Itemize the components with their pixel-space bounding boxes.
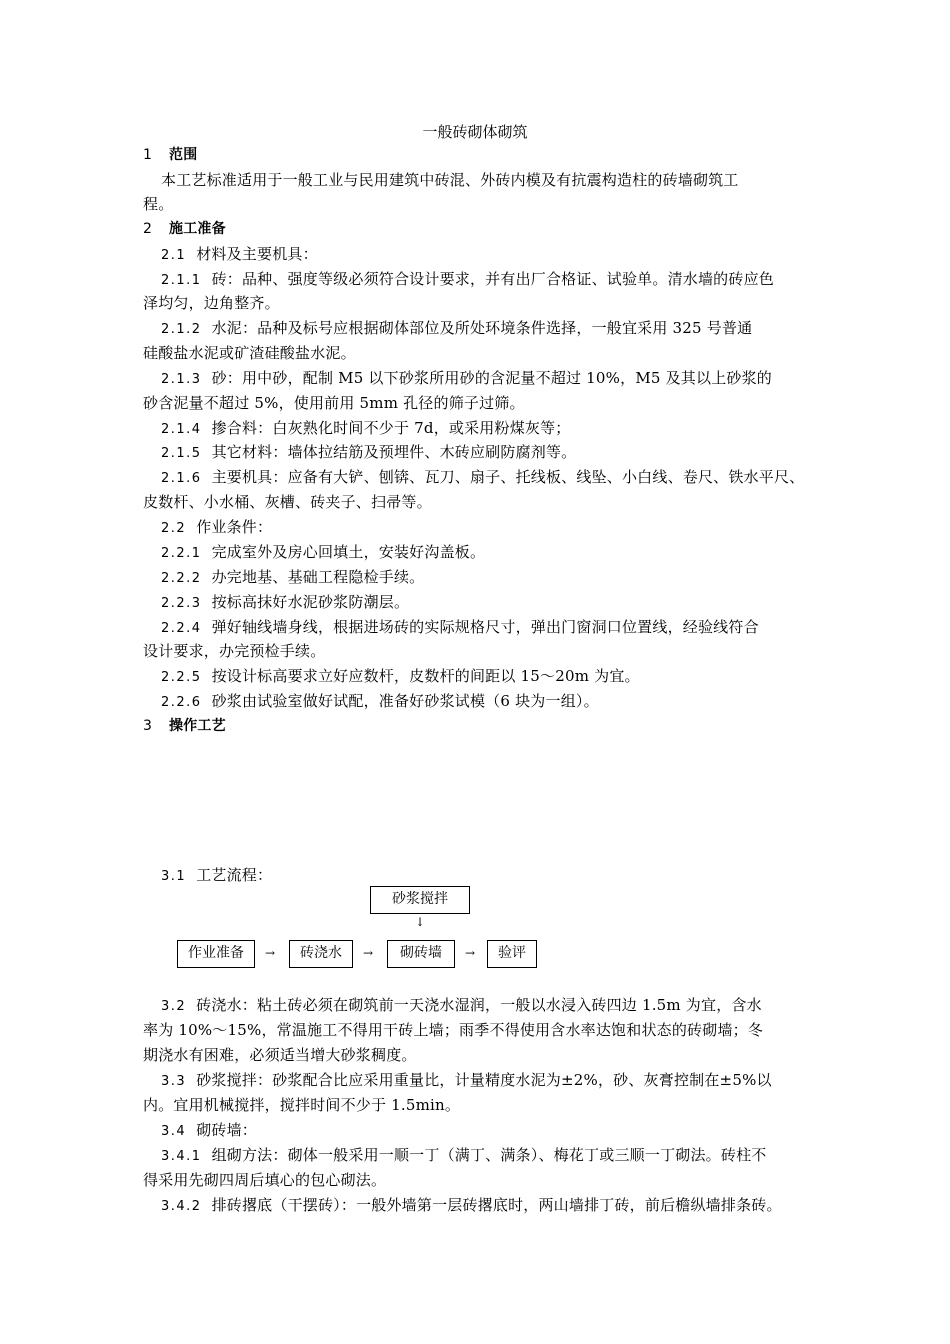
arrow-right-icon: → <box>465 947 475 959</box>
item-2-2-6: 2.2.6砂浆由试验室做好试配，准备好砂浆试模（6 块为一组）。 <box>143 692 841 712</box>
item-2-1-1: 2.1.1砖：品种、强度等级必须符合设计要求，并有出厂合格证、试验单。清水墙的砖… <box>143 270 841 290</box>
flow-box-lay-wall: 砌砖墙 <box>387 940 455 968</box>
paragraph: 期浇水有困难，必须适当增大砂浆稠度。 <box>143 1046 823 1064</box>
arrow-right-icon: → <box>265 947 275 959</box>
item-3-2: 3.2砖浇水：粘土砖必须在砌筑前一天浇水湿润，一般以水浸入砖四边 1.5m 为宜… <box>143 996 841 1016</box>
item-2-1-5: 2.1.5其它材料：墙体拉结筋及预埋件、木砖应刷防腐剂等。 <box>143 443 841 463</box>
item-2-2-1: 2.2.1完成室外及房心回填土，安装好沟盖板。 <box>143 543 841 563</box>
item-3-3: 3.3砂浆搅拌：砂浆配合比应采用重量比，计量精度水泥为±2%，砂、灰膏控制在±5… <box>143 1071 841 1091</box>
item-2-2-3: 2.2.3按标高抹好水泥砂浆防潮层。 <box>143 593 841 613</box>
item-2-2-4: 2.2.4弹好轴线墙身线，根据进场砖的实际规格尺寸，弹出门窗洞口位置线，经验线符… <box>143 618 841 638</box>
item-3-4-2: 3.4.2排砖撂底（干摆砖）：一般外墙第一层砖撂底时，两山墙排丁砖，前后檐纵墙排… <box>143 1196 841 1216</box>
paragraph: 砂含泥量不超过 5%，使用前用 5mm 孔径的筛子过筛。 <box>143 394 823 412</box>
item-2-1-2: 2.1.2水泥：品种及标号应根据砌体部位及所处环境条件选择，一般宜采用 325 … <box>143 319 841 339</box>
paragraph: 设计要求，办完预检手续。 <box>143 642 823 660</box>
section-heading-1: 1范围 <box>143 146 823 164</box>
paragraph: 泽均匀，边角整齐。 <box>143 294 823 312</box>
paragraph: 硅酸盐水泥或矿渣硅酸盐水泥。 <box>143 344 823 362</box>
item-3-4-1: 3.4.1组砌方法：砌体一般采用一顺一丁（满丁、满条）、梅花丁或三顺一丁砌法。砖… <box>143 1146 841 1166</box>
item-2-1-4: 2.1.4掺合料：白灰熟化时间不少于 7d，或采用粉煤灰等； <box>143 419 841 439</box>
paragraph: 程。 <box>143 195 823 213</box>
arrow-right-icon: → <box>363 947 373 959</box>
item-2-2-2: 2.2.2办完地基、基础工程隐检手续。 <box>143 568 841 588</box>
subsection-3-1: 3.1工艺流程： <box>143 866 841 886</box>
flow-box-mortar-mixing: 砂浆搅拌 <box>370 886 470 914</box>
flow-box-prep: 作业准备 <box>177 940 255 968</box>
document-page: 一般砖砌体砌筑 1范围 本工艺标准适用于一般工业与民用建筑中砖混、外砖内模及有抗… <box>0 0 950 1344</box>
subsection-3-4: 3.4砌砖墙： <box>143 1121 841 1141</box>
paragraph: 得采用先砌四周后填心的包心砌法。 <box>143 1171 823 1189</box>
flow-box-wet-bricks: 砖浇水 <box>289 940 353 968</box>
paragraph: 率为 10%～15%，常温施工不得用干砖上墙；雨季不得使用含水率达饱和状态的砖砌… <box>143 1021 823 1039</box>
section-heading-2: 2施工准备 <box>143 220 823 238</box>
subsection-2-2: 2.2作业条件： <box>143 518 841 538</box>
subsection-2-1: 2.1材料及主要机具： <box>143 245 841 265</box>
flow-box-inspection: 验评 <box>487 940 537 968</box>
document-title: 一般砖砌体砌筑 <box>0 121 950 142</box>
item-2-2-5: 2.2.5按设计标高要求立好应数杆，皮数杆的间距以 15～20m 为宜。 <box>143 667 841 687</box>
section-heading-3: 3操作工艺 <box>143 717 823 735</box>
paragraph: 本工艺标准适用于一般工业与民用建筑中砖混、外砖内模及有抗震构造柱的砖墙砌筑工 <box>143 171 841 189</box>
item-2-1-3: 2.1.3砂：用中砂，配制 M5 以下砂浆所用砂的含泥量不超过 10%，M5 及… <box>143 369 841 389</box>
paragraph: 皮数杆、小水桶、灰槽、砖夹子、扫帚等。 <box>143 493 823 511</box>
item-2-1-6: 2.1.6主要机具：应备有大铲、刨锛、瓦刀、扇子、托线板、线坠、小白线、卷尺、铁… <box>143 468 841 488</box>
arrow-down-icon: ↓ <box>415 916 425 928</box>
paragraph: 内。宜用机械搅拌，搅拌时间不少于 1.5min。 <box>143 1096 823 1114</box>
